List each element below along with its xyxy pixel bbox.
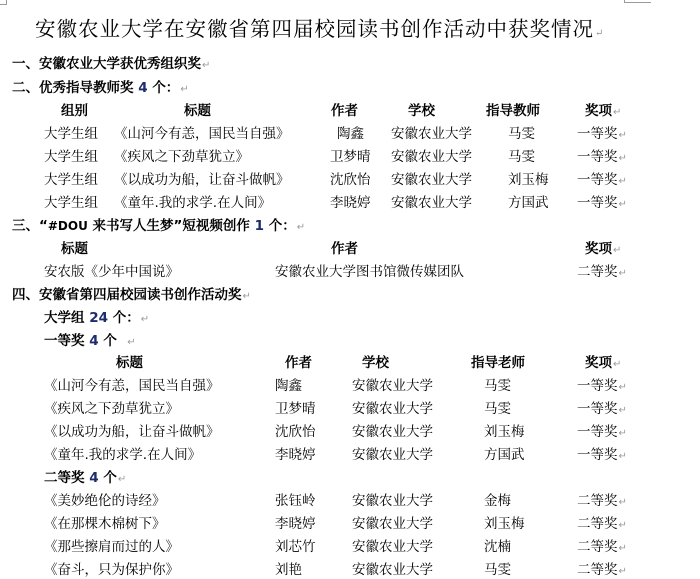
paragraph-mark-icon: ↵ bbox=[243, 291, 251, 302]
paragraph-mark-icon: ↵ bbox=[619, 566, 627, 577]
cell-title: 《疾风之下劲草犹立》 bbox=[44, 397, 179, 417]
cell-advisor: 沈楠 bbox=[484, 535, 511, 555]
col-header-award: 奖项↵ bbox=[585, 351, 621, 371]
cell-author: 刘芯竹 bbox=[275, 535, 316, 555]
col-header-school: 学校 bbox=[408, 99, 435, 119]
cell-author: 陶鑫 bbox=[337, 122, 364, 142]
paragraph-mark-icon: ↵ bbox=[619, 451, 627, 462]
col-header-title: 标题 bbox=[184, 99, 211, 119]
cell-award: 二等奖↵ bbox=[577, 512, 627, 532]
cell-teacher: 马雯 bbox=[508, 145, 535, 165]
paragraph-mark-icon: ↵ bbox=[297, 222, 305, 233]
cell-school: 安徽农业大学 bbox=[391, 122, 472, 142]
section-2-count: 4 bbox=[138, 80, 147, 96]
paragraph-mark-icon: ↵ bbox=[613, 245, 621, 256]
section-1-text: 一、安徽农业大学获优秀组织奖 bbox=[12, 56, 201, 72]
section-2-suffix: 个： bbox=[152, 80, 179, 96]
cell-school: 安徽农业大学 bbox=[391, 145, 472, 165]
col-header-school: 学校 bbox=[362, 351, 389, 371]
first-prize-count: 4 bbox=[89, 333, 98, 349]
col-header-title: 标题 bbox=[61, 237, 88, 257]
paragraph-mark-icon: ↵ bbox=[619, 497, 627, 508]
cell-award: 一等奖↵ bbox=[577, 397, 627, 417]
cell-school: 安徽农业大学 bbox=[352, 420, 433, 440]
col-header-title: 标题 bbox=[116, 351, 143, 371]
cell-advisor: 方国武 bbox=[484, 443, 525, 463]
paragraph-mark-icon: ↵ bbox=[127, 337, 135, 348]
section-4-heading: 四、安徽省第四届校园读书创作活动奖↵ bbox=[12, 283, 251, 303]
cell-author: 李晓婷 bbox=[275, 443, 316, 463]
cell-group: 大学生组 bbox=[44, 145, 98, 165]
col-header-advisor: 指导老师 bbox=[471, 351, 525, 371]
section-3-suffix: 个： bbox=[269, 218, 296, 234]
paragraph-mark-icon: ↵ bbox=[141, 314, 149, 325]
cell-award: 一等奖↵ bbox=[577, 374, 627, 394]
cell-title: 《奋斗，只为保护你》 bbox=[44, 558, 179, 578]
paragraph-mark-icon: ↵ bbox=[619, 520, 627, 531]
section-2-heading: 二、优秀指导教师奖 4 个：↵ bbox=[12, 76, 189, 96]
col-header-group: 组别 bbox=[61, 99, 88, 119]
col-header-author: 作者 bbox=[285, 351, 312, 371]
paragraph-mark-icon: ↵ bbox=[619, 199, 627, 210]
cell-teacher: 刘玉梅 bbox=[508, 168, 549, 188]
cell-school: 安徽农业大学 bbox=[352, 443, 433, 463]
cell-award: 二等奖↵ bbox=[577, 558, 627, 578]
cell-author: 刘艳 bbox=[275, 558, 302, 578]
cell-author: 卫梦晴 bbox=[275, 397, 316, 417]
cell-school: 安徽农业大学 bbox=[352, 535, 433, 555]
group-count: 24 bbox=[89, 310, 108, 326]
title-text: 安徽农业大学在安徽省第四届校园读书创作活动中获奖情况 bbox=[35, 17, 594, 41]
cell-teacher: 马雯 bbox=[508, 122, 535, 142]
paragraph-mark-icon: ↵ bbox=[619, 405, 627, 416]
cell-group: 大学生组 bbox=[44, 122, 98, 142]
cell-title: 《童年.我的求学.在人间》 bbox=[44, 443, 201, 463]
cell-title: 《美妙绝伦的诗经》 bbox=[44, 489, 166, 509]
col-header-author: 作者 bbox=[331, 99, 358, 119]
first-prize-label: 一等奖 bbox=[44, 333, 85, 349]
paragraph-mark-icon: ↵ bbox=[613, 107, 621, 118]
paragraph-mark-icon: ↵ bbox=[118, 474, 126, 485]
cell-school: 安徽农业大学 bbox=[391, 168, 472, 188]
col-header-award: 奖项↵ bbox=[585, 237, 621, 257]
col-header-teacher: 指导教师 bbox=[486, 99, 540, 119]
section-2-text: 二、优秀指导教师奖 bbox=[12, 80, 134, 96]
document-title: 安徽农业大学在安徽省第四届校园读书创作活动中获奖情况↵ bbox=[35, 12, 604, 42]
first-prize-suffix: 个 bbox=[103, 333, 117, 349]
second-prize-heading: 二等奖 4 个↵ bbox=[44, 466, 126, 486]
cell-title: 《以成功为船，让奋斗做帆》 bbox=[44, 420, 220, 440]
cell-award: 二等奖↵ bbox=[577, 489, 627, 509]
paragraph-mark-icon: ↵ bbox=[619, 382, 627, 393]
cell-author: 李晓婷 bbox=[330, 191, 371, 211]
cell-title: 《疾风之下劲草犹立》 bbox=[114, 145, 249, 165]
second-prize-count: 4 bbox=[89, 470, 98, 486]
cell-teacher: 方国武 bbox=[508, 191, 549, 211]
cell-author: 张钰岭 bbox=[275, 489, 316, 509]
page-corner-mark-right bbox=[624, 0, 651, 3]
university-group-heading: 大学组 24 个：↵ bbox=[44, 306, 149, 326]
cell-author: 沈欣怡 bbox=[330, 168, 371, 188]
cell-title: 《在那棵木棉树下》 bbox=[44, 512, 166, 532]
cell-title: 《山河今有恙，国民当自强》 bbox=[114, 122, 290, 142]
cell-author: 陶鑫 bbox=[275, 374, 302, 394]
cell-author: 沈欣怡 bbox=[275, 420, 316, 440]
section-4-text: 四、安徽省第四届校园读书创作活动奖 bbox=[12, 287, 242, 303]
cell-award: 二等奖↵ bbox=[577, 535, 627, 555]
paragraph-mark-icon: ↵ bbox=[202, 60, 210, 71]
cell-school: 安徽农业大学 bbox=[352, 558, 433, 578]
cell-title: 《以成功为船，让奋斗做帆》 bbox=[114, 168, 290, 188]
cell-advisor: 马雯 bbox=[484, 374, 511, 394]
cell-advisor: 刘玉梅 bbox=[484, 512, 525, 532]
cell-award: 一等奖↵ bbox=[577, 191, 627, 211]
cell-author: 卫梦晴 bbox=[330, 145, 371, 165]
cell-advisor: 金梅 bbox=[484, 489, 511, 509]
paragraph-mark-icon: ↵ bbox=[595, 28, 604, 39]
page-corner-mark-left bbox=[0, 0, 7, 5]
cell-advisor: 刘玉梅 bbox=[484, 420, 525, 440]
section-3-hashtag: #DOU bbox=[48, 219, 88, 233]
section-3-heading: 三、“#DOU 来书写人生梦”短视频创作 1 个：↵ bbox=[12, 214, 305, 234]
second-prize-label: 二等奖 bbox=[44, 470, 85, 486]
cell-award: 一等奖↵ bbox=[577, 122, 627, 142]
section-3-prefix: 三、“ bbox=[12, 218, 48, 234]
paragraph-mark-icon: ↵ bbox=[619, 130, 627, 141]
cell-school: 安徽农业大学 bbox=[352, 512, 433, 532]
second-prize-suffix: 个 bbox=[103, 470, 117, 486]
cell-title: 《那些擦肩而过的人》 bbox=[44, 535, 179, 555]
cell-school: 安徽农业大学 bbox=[352, 397, 433, 417]
cell-award: 一等奖↵ bbox=[577, 145, 627, 165]
paragraph-mark-icon: ↵ bbox=[619, 268, 627, 279]
cell-advisor: 马雯 bbox=[484, 558, 511, 578]
paragraph-mark-icon: ↵ bbox=[619, 176, 627, 187]
section-1-heading: 一、安徽农业大学获优秀组织奖↵ bbox=[12, 52, 210, 72]
first-prize-heading: 一等奖 4 个 ↵ bbox=[44, 329, 136, 349]
cell-award: 一等奖↵ bbox=[577, 443, 627, 463]
group-label: 大学组 bbox=[44, 310, 85, 326]
section-3-count: 1 bbox=[255, 218, 264, 234]
paragraph-mark-icon: ↵ bbox=[619, 543, 627, 554]
cell-school: 安徽农业大学 bbox=[352, 374, 433, 394]
cell-title: 《童年.我的求学.在人间》 bbox=[114, 191, 271, 211]
cell-award: 二等奖↵ bbox=[577, 260, 627, 280]
cell-group: 大学生组 bbox=[44, 168, 98, 188]
col-header-author: 作者 bbox=[331, 237, 358, 257]
cell-title: 《山河今有恙，国民当自强》 bbox=[44, 374, 220, 394]
cell-group: 大学生组 bbox=[44, 191, 98, 211]
cell-school: 安徽农业大学 bbox=[352, 489, 433, 509]
col-header-award: 奖项↵ bbox=[585, 99, 621, 119]
cell-author: 安徽农业大学图书馆微传媒团队 bbox=[275, 260, 464, 280]
cell-award: 一等奖↵ bbox=[577, 420, 627, 440]
paragraph-mark-icon: ↵ bbox=[619, 153, 627, 164]
paragraph-mark-icon: ↵ bbox=[180, 84, 188, 95]
cell-advisor: 马雯 bbox=[484, 397, 511, 417]
cell-school: 安徽农业大学 bbox=[391, 191, 472, 211]
group-suffix: 个： bbox=[113, 310, 140, 326]
paragraph-mark-icon: ↵ bbox=[619, 428, 627, 439]
cell-award: 一等奖↵ bbox=[577, 168, 627, 188]
section-3-text: 来书写人生梦”短视频创作 bbox=[88, 218, 250, 234]
cell-title: 安农版《少年中国说》 bbox=[44, 260, 179, 280]
paragraph-mark-icon: ↵ bbox=[613, 359, 621, 370]
cell-author: 李晓婷 bbox=[275, 512, 316, 532]
